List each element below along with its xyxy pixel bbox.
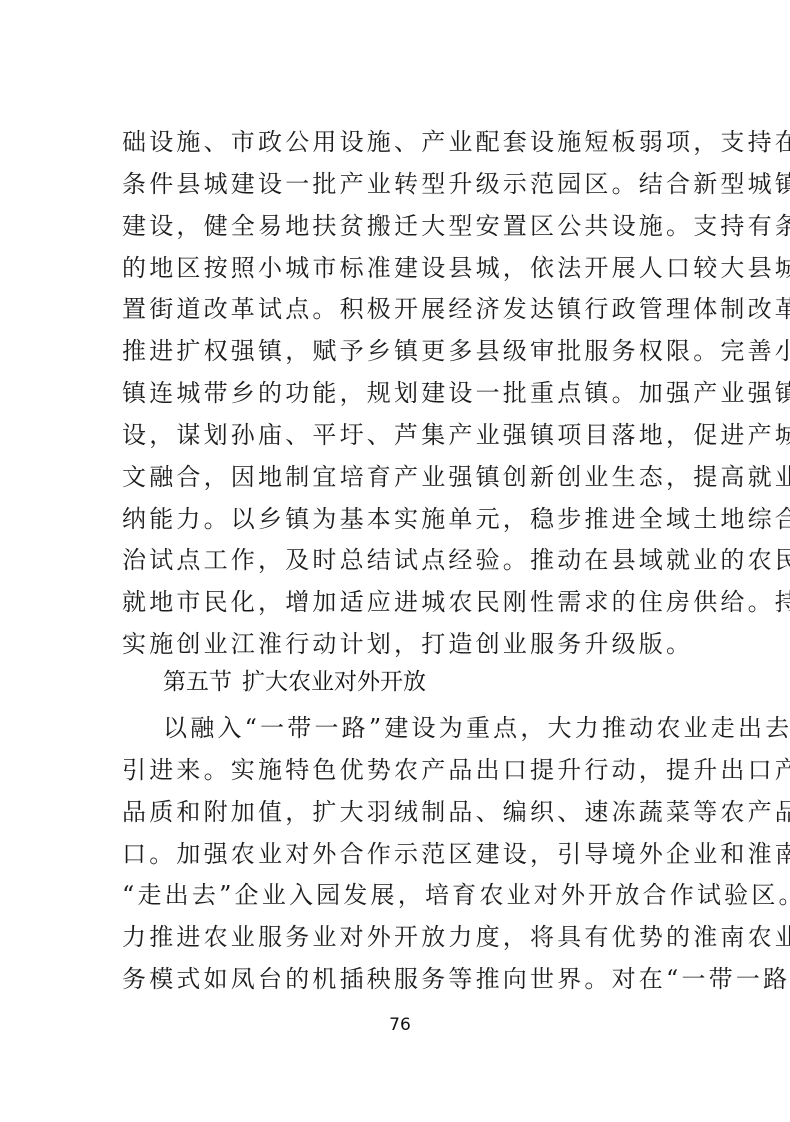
document-page: 础设施、市政公用设施、产业配套设施短板弱项，支持在有 条件县城建设一批产业转型升… (0, 0, 790, 1122)
page-number: 76 (0, 1014, 790, 1036)
text-line: 镇连城带乡的功能，规划建设一批重点镇。加强产业强镇建 (122, 378, 670, 408)
text-line: 推进扩权强镇，赋予乡镇更多县级审批服务权限。完善小城 (122, 336, 670, 366)
text-line: 就地市民化，增加适应进城农民刚性需求的住房供给。持续 (122, 587, 670, 617)
section-title: 扩大农业对外开放 (242, 669, 426, 695)
section-number: 第五节 (163, 669, 232, 695)
text-line: 力推进农业服务业对外开放力度，将具有优势的淮南农业服 (122, 922, 670, 952)
text-line: 文融合，因地制宜培育产业强镇创新创业生态，提高就业吸 (122, 462, 670, 492)
text-line: 务模式如凤台的机插秧服务等推向世界。对在“一带一路”沿 (122, 964, 670, 994)
section-heading: 第五节扩大农业对外开放 (163, 667, 426, 697)
text-line: “走出去”企业入园发展，培育农业对外开放合作试验区。大 (122, 880, 670, 910)
text-line: 设，谋划孙庙、平圩、芦集产业强镇项目落地，促进产城人 (122, 420, 670, 450)
text-line: 置街道改革试点。积极开展经济发达镇行政管理体制改革， (122, 294, 670, 324)
text-line: 建设，健全易地扶贫搬迁大型安置区公共设施。支持有条件 (122, 211, 670, 241)
text-line: 品质和附加值，扩大羽绒制品、编织、速冻蔬菜等农产品出 (122, 797, 670, 827)
text-line: 的地区按照小城市标准建设县城，依法开展人口较大县城设 (122, 253, 670, 283)
text-line: 引进来。实施特色优势农产品出口提升行动，提升出口产品 (122, 755, 670, 785)
text-line: 纳能力。以乡镇为基本实施单元，稳步推进全域土地综合整 (122, 504, 670, 534)
text-line: 础设施、市政公用设施、产业配套设施短板弱项，支持在有 (122, 127, 670, 157)
text-line: 以融入“一带一路”建设为重点，大力推动农业走出去、 (163, 713, 670, 743)
text-line: 口。加强农业对外合作示范区建设，引导境外企业和淮南市 (122, 839, 670, 869)
text-line: 治试点工作，及时总结试点经验。推动在县域就业的农民工 (122, 545, 670, 575)
text-line: 条件县城建设一批产业转型升级示范园区。结合新型城镇化 (122, 169, 670, 199)
text-line: 实施创业江淮行动计划，打造创业服务升级版。 (122, 629, 670, 659)
